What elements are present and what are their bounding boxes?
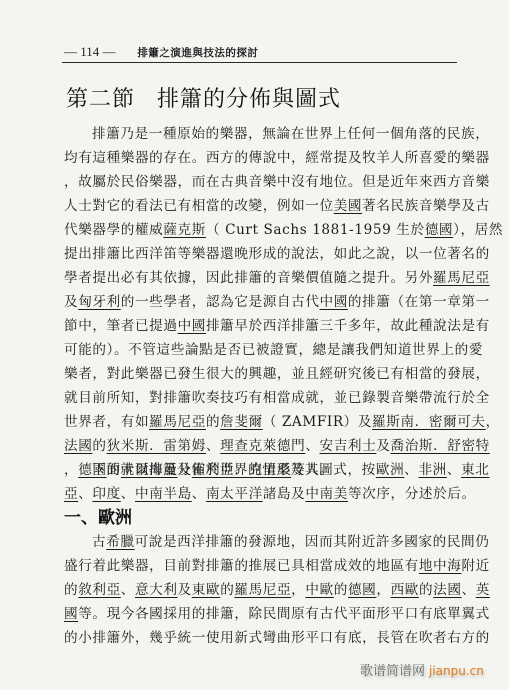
proper-noun: 印度: [92, 486, 120, 502]
proper-noun: 狄米斯．雷第姆: [107, 438, 206, 454]
text-run: 著名民族音樂學及古: [362, 198, 490, 214]
header-rule: [62, 62, 457, 63]
watermark-domain: jianpu.cn: [429, 664, 484, 678]
proper-noun: 德國: [425, 222, 453, 238]
proper-noun: 詹斐爾: [220, 414, 263, 430]
text-run: ，故屬於民俗樂器，而在古典音樂中沒有地位。但是近年來西方音樂: [64, 174, 490, 190]
text-run: 世界者，有如: [64, 414, 149, 430]
text-run: 的: [64, 582, 78, 598]
text-run: ），居然: [453, 222, 503, 238]
section-title: 第二節排簫的分佈與圖式: [66, 86, 341, 114]
text-line: 樂者，對此樂器已發生很大的興趣，並且經研究後已有相當的發展，: [64, 364, 448, 384]
text-run: 及: [376, 438, 390, 454]
text-run: 附近: [461, 558, 489, 574]
text-line: 的敘利亞、意大利及東歐的羅馬尼亞，中歐的德國，西歐的法國、英: [64, 580, 448, 600]
proper-noun: 亞: [64, 486, 78, 502]
text-line: 世界者，有如羅馬尼亞的詹斐爾（ ZAMFIR）及羅斯南．密爾可夫，: [64, 412, 448, 432]
text-line: 法國的狄米斯．雷第姆、理查克萊德門、安吉利士及喬治斯．舒密特: [64, 436, 448, 456]
proper-noun: 英: [476, 582, 490, 598]
text-run: 排簫早於西洋排簫三千多年，故此種說法是有: [206, 318, 490, 334]
proper-noun: 薩克斯: [163, 222, 206, 238]
proper-noun: 歐洲: [376, 462, 404, 478]
text-line: 就目前所知，對排簫吹奏技巧有相當成就，並已錄製音樂帶流行於全: [64, 388, 448, 408]
text-line: 盛行着此樂器，目前對排簫的推展已具相當成效的地區有地中海附近: [64, 556, 448, 576]
text-line: 下面就以排簫分佈於世界的情形及其圖式，按歐洲、非洲、東北: [64, 460, 448, 480]
proper-noun: 中國: [178, 318, 206, 334]
page-number: — 114 —: [64, 44, 116, 59]
text-run: 可能的）。不管這些論點是否已被證實，總是讓我們知道世界上的愛: [64, 342, 483, 358]
text-run: ，: [376, 582, 390, 598]
text-run: （ Curt Sachs 1881-1959 生於: [206, 222, 425, 238]
text-line: 節中，筆者已提過中國排簫早於西洋排簫三千多年，故此種說法是有: [64, 316, 448, 336]
proper-noun: 地中海: [419, 558, 462, 574]
book-title: 排簫之演進與技法的探討: [137, 47, 258, 59]
proper-noun: 西歐: [391, 582, 419, 598]
text-line: 的小排簫外，幾乎統一使用新式彎曲形平口有底，長管在吹者右方的: [64, 628, 448, 648]
section-number: 第二節: [66, 87, 135, 112]
text-run: 等。現今各國採用的排簫，除民間原有古代平面形平口有底單翼式: [78, 606, 490, 622]
text-run: 人士對它的看法已有相當的改變，例如一位: [64, 198, 334, 214]
text-run: 的排簫（在第一章第一: [348, 294, 490, 310]
section-heading: 排簫的分佈與圖式: [157, 87, 341, 112]
text-run: 、: [206, 438, 220, 454]
text-run: 等次序，分述於后。: [348, 486, 476, 502]
text-run: 及: [178, 582, 192, 598]
proper-noun: 南太平洋: [206, 486, 263, 502]
text-run: 樂者，對此樂器已發生很大的興趣，並且經研究後已有相當的發展，: [64, 366, 490, 382]
text-line: 學者提出必有其依據，因此排簫的音樂價值隨之提升。另外羅馬尼亞: [64, 268, 448, 288]
text-line: 國等。現今各國採用的排簫，除民間原有古代平面形平口有底單翼式: [64, 604, 448, 624]
text-line: 代樂器學的權威薩克斯（ Curt Sachs 1881-1959 生於德國），居…: [64, 220, 448, 240]
text-line: 均有這種樂器的存在。西方的傳說中，經常提及牧羊人所喜愛的樂器: [64, 148, 448, 168]
proper-noun: 中南美: [305, 486, 348, 502]
text-line: 古希臘可說是西洋排簫的發源地，因而其附近許多國家的民間仍: [64, 532, 448, 552]
proper-noun: 希臘: [106, 534, 134, 550]
text-run: 可說是西洋排簫的發源地，因而其附近許多國家的民間仍: [135, 534, 490, 550]
proper-noun: 喬治斯．舒密特: [391, 438, 490, 454]
proper-noun: 敘利亞: [78, 582, 121, 598]
subheading-europe: 一、歐洲: [64, 506, 132, 530]
text-run: 的一些學者，認為它是源自古代: [121, 294, 320, 310]
text-run: 的: [419, 582, 433, 598]
proper-noun: 羅馬尼亞: [433, 270, 490, 286]
text-line: 可能的）。不管這些論點是否已被證實，總是讓我們知道世界上的愛: [64, 340, 448, 360]
text-run: 的: [92, 438, 106, 454]
text-run: 排簫乃是一種原始的樂器，無論在世界上任何一個角落的民族，: [92, 126, 489, 142]
proper-noun: 法國: [433, 582, 461, 598]
text-run: 提出排簫比西洋笛等樂器還晚形成的說法，如此之說，以一位著名的: [64, 246, 490, 262]
proper-noun: 法國: [64, 438, 92, 454]
text-line: 亞、印度、中南半島、南太平洋諸島及中南美等次序，分述於后。: [64, 484, 448, 504]
text-line: 提出排簫比西洋笛等樂器還晚形成的說法，如此之說，以一位著名的: [64, 244, 448, 264]
proper-noun: 東北: [461, 462, 489, 478]
proper-noun: 安吉利士: [320, 438, 377, 454]
proper-noun: 羅斯南．密爾可夫: [372, 414, 486, 430]
text-line: 排簫乃是一種原始的樂器，無論在世界上任何一個角落的民族，: [64, 124, 448, 144]
text-run: ，: [486, 414, 500, 430]
proper-noun: 中南半島: [135, 486, 192, 502]
proper-noun: 非洲: [418, 462, 446, 478]
proper-noun: 羅馬尼亞: [234, 582, 291, 598]
proper-noun: 中國: [320, 294, 348, 310]
proper-noun: 理查克萊德門: [220, 438, 305, 454]
proper-noun: 羅馬尼亞: [149, 414, 206, 430]
text-run: 、: [447, 462, 461, 478]
running-header: — 114 — 排簫之演進與技法的探討: [64, 43, 456, 61]
text-run: 、: [78, 486, 92, 502]
text-run: 下面就以排簫分佈於世界的情形及其圖式，按: [92, 462, 376, 478]
book-page: — 114 — 排簫之演進與技法的探討 第二節排簫的分佈與圖式 排簫乃是一種原始…: [0, 0, 509, 690]
proper-noun: 國: [64, 606, 78, 622]
text-run: 學者提出必有其依據，因此排簫的音樂價值隨之提升。另外: [64, 270, 433, 286]
proper-noun: 匈牙利: [78, 294, 121, 310]
text-run: 的小排簫外，幾乎統一使用新式彎曲形平口有底，長管在吹者右方的: [64, 630, 490, 646]
text-run: 均有這種樂器的存在。西方的傳說中，經常提及牧羊人所喜愛的樂器: [64, 150, 490, 166]
proper-noun: 意大利: [135, 582, 178, 598]
text-run: 的: [220, 582, 234, 598]
text-run: 、: [404, 462, 418, 478]
text-line: 人士對它的看法已有相當的改變，例如一位美國著名民族音樂學及古: [64, 196, 448, 216]
text-run: 諸島及: [263, 486, 306, 502]
text-run: 、: [192, 486, 206, 502]
text-run: ，: [291, 582, 305, 598]
text-run: 盛行着此樂器，目前對排簫的推展已具相當成效的地區有: [64, 558, 419, 574]
proper-noun: 中歐: [305, 582, 333, 598]
watermark: 歌谱简谱网jianpu.cn: [360, 660, 484, 679]
proper-noun: 德國: [348, 582, 376, 598]
text-run: 就目前所知，對排簫吹奏技巧有相當成就，並已錄製音樂帶流行於全: [64, 390, 490, 406]
text-run: 、: [462, 582, 476, 598]
text-run: 古: [92, 534, 106, 550]
text-run: 及: [64, 294, 78, 310]
text-run: 的: [334, 582, 348, 598]
proper-noun: 東歐: [192, 582, 220, 598]
text-run: 、: [121, 582, 135, 598]
text-run: 、: [305, 438, 319, 454]
text-line: ，故屬於民俗樂器，而在古典音樂中沒有地位。但是近年來西方音樂: [64, 172, 448, 192]
text-run: 、: [121, 486, 135, 502]
text-line: 及匈牙利的一些學者，認為它是源自古代中國的排簫（在第一章第一: [64, 292, 448, 312]
proper-noun: 美國: [334, 198, 362, 214]
text-run: （ ZAMFIR）及: [263, 414, 372, 430]
text-run: 節中，筆者已提過: [64, 318, 178, 334]
text-run: 的: [206, 414, 220, 430]
watermark-site-name: 歌谱简谱网: [360, 664, 425, 679]
text-run: 代樂器學的權威: [64, 222, 163, 238]
